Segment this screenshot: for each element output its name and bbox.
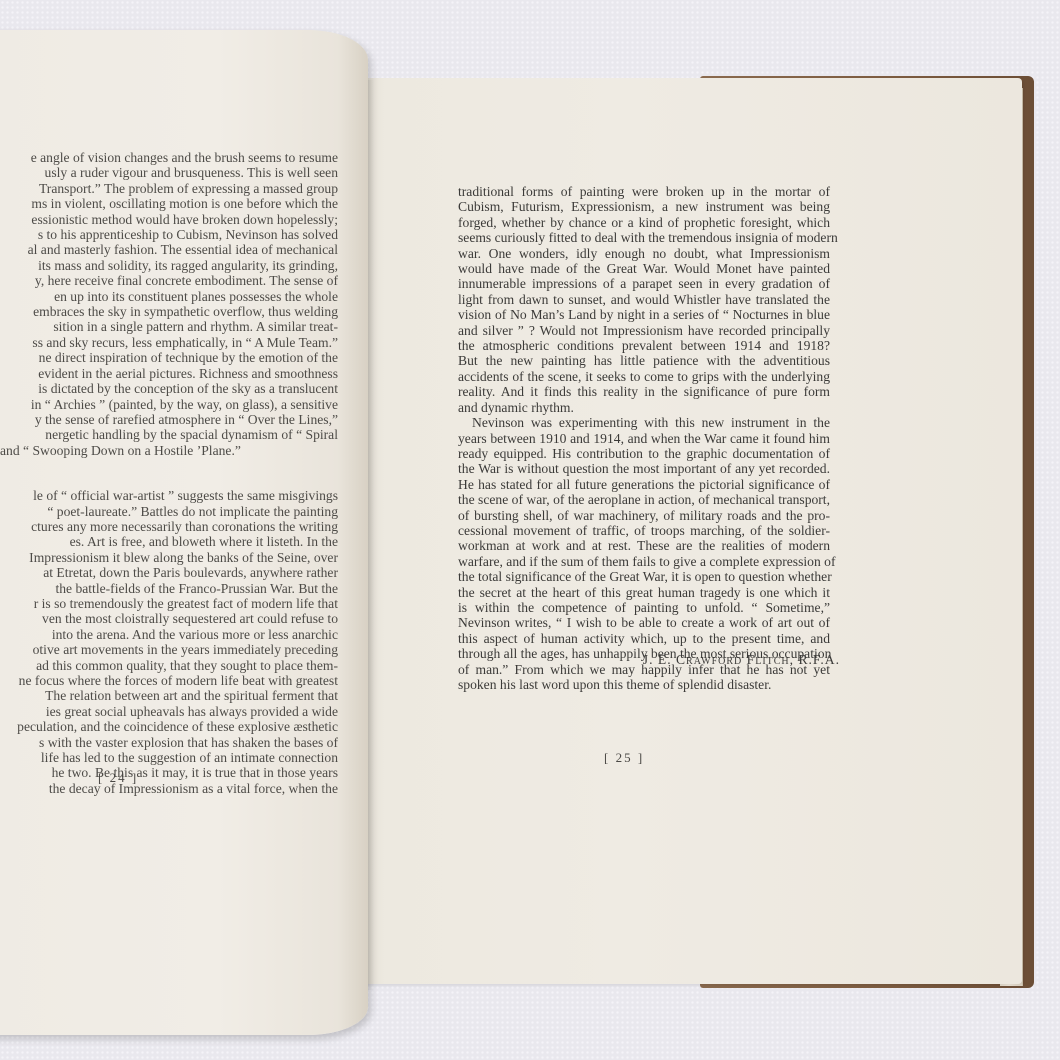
text-line: seems curiously fitted to deal with the … [458, 230, 830, 245]
right-paragraph-1: traditional forms of painting were broke… [458, 184, 830, 415]
text-line: its mass and solidity, its ragged angula… [0, 258, 338, 273]
right-paragraph-2: Nevinson was experimenting with this new… [458, 415, 830, 692]
text-line: s to his apprenticeship to Cubism, Nevin… [0, 227, 338, 242]
text-line: The relation between art and the spiritu… [0, 688, 338, 703]
text-line: the decay of Impressionism as a vital fo… [0, 781, 338, 796]
text-line: en up into its constituent planes posses… [0, 289, 338, 304]
text-line: the War is without question the most imp… [458, 461, 830, 476]
text-line: ad this common quality, that they sought… [0, 658, 338, 673]
text-line: the secret at the heart of this great hu… [458, 585, 830, 600]
text-line: He has stated for all future generations… [458, 477, 830, 492]
text-line: forged, whether by chance or a kind of p… [458, 215, 830, 230]
text-line: the battle-fields of the Franco-Prussian… [0, 581, 338, 596]
text-line: the total significance of the Great War,… [458, 569, 830, 584]
text-line: this aspect of human activity which, up … [458, 631, 830, 646]
text-line: “ poet-laureate.” Battles do not implica… [0, 504, 338, 519]
text-line: y the sense of rarefied atmosphere in “ … [0, 412, 338, 427]
text-line: evident in the aerial pictures. Richness… [0, 366, 338, 381]
left-paragraph-2: le of “ official war-artist ” suggests t… [0, 488, 338, 796]
left-page-text: e angle of vision changes and the brush … [0, 150, 338, 796]
text-line: workman at work and at rest. These are t… [458, 538, 830, 553]
text-line: years between 1910 and 1914, and when th… [458, 431, 830, 446]
text-line: le of “ official war-artist ” suggests t… [0, 488, 338, 503]
text-line: es. Art is free, and bloweth where it li… [0, 534, 338, 549]
text-line: ven the most cloistrally sequestered art… [0, 611, 338, 626]
text-line: Cubism, Futurism, Expressionism, a new i… [458, 199, 830, 214]
text-line: sition in a single pattern and rhythm. A… [0, 319, 338, 334]
text-line: Nevinson was experimenting with this new… [458, 415, 830, 430]
text-line: embraces the sky in sympathetic overflow… [0, 304, 338, 319]
text-line: y, here receive final concrete embodimen… [0, 273, 338, 288]
text-line: and silver ” ? Would not Impressionism h… [458, 323, 830, 338]
text-line: reality. And it finds this reality in th… [458, 384, 830, 399]
text-line: light from dawn to sunset, and would Whi… [458, 292, 830, 307]
text-line: is within the competence of painting to … [458, 600, 830, 615]
text-line: spoken his last word upon this theme of … [458, 677, 830, 692]
text-line: in “ Archies ” (painted, by the way, on … [0, 397, 338, 412]
text-line: traditional forms of painting were broke… [458, 184, 830, 199]
text-line: But the new painting has little patience… [458, 353, 830, 368]
right-page-number: [ 25 ] [604, 750, 644, 766]
text-line: Transport.” The problem of expressing a … [0, 181, 338, 196]
text-line: Nevinson writes, “ I wish to be able to … [458, 615, 830, 630]
text-line: ies great social upheavals has always pr… [0, 704, 338, 719]
text-line: nergetic handling by the spacial dynamis… [0, 427, 338, 442]
text-line: ctures any more necessarily than coronat… [0, 519, 338, 534]
text-line: ready equipped. His contribution to the … [458, 446, 830, 461]
text-line: would have made of the Great War. Would … [458, 261, 830, 276]
text-line: cessional movement of traffic, of troops… [458, 523, 830, 538]
text-line: warfare, and if the sum of them fails to… [458, 554, 830, 569]
text-line: al and masterly fashion. The essential i… [0, 242, 338, 257]
left-paragraph-1: e angle of vision changes and the brush … [0, 150, 338, 458]
text-line: essionistic method would have broken dow… [0, 212, 338, 227]
text-line: Impressionism it blew along the banks of… [0, 550, 338, 565]
text-line: he two. Be this as it may, it is true th… [0, 765, 338, 780]
text-line: into the arena. And the various more or … [0, 627, 338, 642]
text-line: e angle of vision changes and the brush … [0, 150, 338, 165]
text-line: and “ Swooping Down on a Hostile ’Plane.… [0, 443, 338, 458]
text-line: ms in violent, oscillating motion is one… [0, 196, 338, 211]
book-photo: e angle of vision changes and the brush … [0, 0, 1060, 1060]
text-line: at Etretat, down the Paris boulevards, a… [0, 565, 338, 580]
text-line: accidents of the scene, it seeks to come… [458, 369, 830, 384]
paragraph-gap [0, 458, 338, 488]
text-line: ss and sky recurs, less emphatically, in… [0, 335, 338, 350]
text-line: of bursting shell, of war machinery, of … [458, 508, 830, 523]
text-line: and dynamic rhythm. [458, 400, 830, 415]
text-line: vision of No Man’s Land by night in a se… [458, 307, 830, 322]
text-line: innumerable impressions of a parapet see… [458, 276, 830, 291]
right-page-text: traditional forms of painting were broke… [458, 184, 830, 692]
text-line: usly a ruder vigour and brusqueness. Thi… [0, 165, 338, 180]
text-line: life has led to the suggestion of an int… [0, 750, 338, 765]
text-line: is dictated by the conception of the sky… [0, 381, 338, 396]
left-page-number: [ 24 ] [98, 770, 138, 786]
text-line: otive art movements in the years immedia… [0, 642, 338, 657]
text-line: war. One wonders, idly enough no doubt, … [458, 246, 830, 261]
text-line: peculation, and the coincidence of these… [0, 719, 338, 734]
text-line: ne direct inspiration of technique by th… [0, 350, 338, 365]
text-line: the atmospheric conditions prevalent bet… [458, 338, 830, 353]
text-line: ne focus where the forces of modern life… [0, 673, 338, 688]
author-signature: J. E. Crawford Flitch, R.F.A. [640, 652, 840, 668]
text-line: the scene of war, of the aeroplane in ac… [458, 492, 830, 507]
text-line: s with the vaster explosion that has sha… [0, 735, 338, 750]
text-line: r is so tremendously the greatest fact o… [0, 596, 338, 611]
